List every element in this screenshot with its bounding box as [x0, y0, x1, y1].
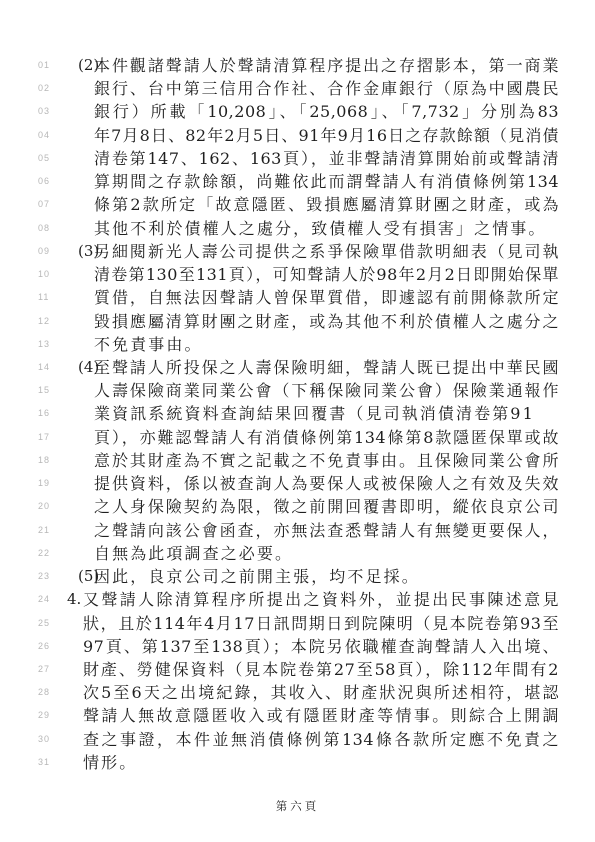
line-number: 08	[38, 217, 50, 240]
text-line: 2697頁、第137至138頁）；本院另依職權查詢聲請人入出境、	[0, 635, 595, 658]
line-text: 查之事證，本件並無消債條例第134條各款所定應不免責之	[83, 728, 559, 751]
line-text: 意於其財產為不實之記載之不免責事由。且保險同業公會所	[94, 449, 559, 472]
text-line: 27財產、勞健保資料（見本院卷第27至58頁），除112年間有2	[0, 658, 595, 681]
line-number: 16	[38, 402, 50, 425]
text-line: 22自無為此項調查之必要。	[0, 542, 595, 565]
line-text: 自無為此項調查之必要。	[94, 542, 559, 565]
line-text: 至聲請人所投保之人壽保險明細，聲請人既已提出中華民國	[94, 356, 559, 379]
text-line: 31情形。	[0, 751, 595, 774]
line-number: 10	[38, 263, 50, 286]
line-text: 頁），亦難認聲請人有消債條例第134條第8款隱匿保單或故	[94, 426, 559, 449]
text-line: 18意於其財產為不實之記載之不免責事由。且保險同業公會所	[0, 449, 595, 472]
line-text: 另細閱新光人壽公司提供之系爭保險單借款明細表（見司執	[94, 240, 559, 263]
line-number: 02	[38, 77, 50, 100]
line-number: 24	[38, 588, 50, 611]
line-text: 人壽保險商業同業公會（下稱保險同業公會）保險業通報作	[94, 379, 559, 402]
line-number: 07	[38, 193, 50, 216]
text-line: 04年7月8日、82年2月5日、91年9月16日之存款餘額（見消債	[0, 124, 595, 147]
document-page: 01(2)本件觀諸聲請人於聲請清算程序提出之存摺影本，第一商業02銀行、台中第三…	[0, 0, 595, 842]
line-text: 聲請人無故意隱匿收入或有隱匿財產等情事。則綜合上開調	[83, 704, 559, 727]
line-text: 97頁、第137至138頁）；本院另依職權查詢聲請人入出境、	[83, 635, 559, 658]
text-line: 06算期間之存款餘額，尚難依此而謂聲請人有消債條例第134	[0, 170, 595, 193]
text-line: 28次5至6天之出境紀錄，其收入、財產狀況與所述相符，堪認	[0, 681, 595, 704]
text-line: 244.又聲請人除清算程序所提出之資料外，並提出民事陳述意見	[0, 588, 595, 611]
line-number: 09	[38, 240, 50, 263]
line-number: 27	[38, 658, 50, 681]
text-line: 12毀損應屬清算財團之財產，或為其他不利於債權人之處分之	[0, 310, 595, 333]
line-number: 28	[38, 681, 50, 704]
line-text: 算期間之存款餘額，尚難依此而謂聲請人有消債條例第134	[94, 170, 559, 193]
line-number: 03	[38, 100, 50, 123]
line-number: 14	[38, 356, 50, 379]
text-line: 15人壽保險商業同業公會（下稱保險同業公會）保險業通報作	[0, 379, 595, 402]
line-text: 清卷第130至131頁），可知聲請人於98年2月2日即開始保單	[94, 263, 559, 286]
text-line: 16業資訊系統資料查詢結果回覆書（見司執消債清卷第91	[0, 402, 595, 425]
line-text: 清卷第147、162、163頁），並非聲請清算開始前或聲請清	[94, 147, 559, 170]
line-number: 13	[38, 333, 50, 356]
line-number: 25	[38, 612, 50, 635]
line-text: 狀，且於114年4月17日訊問期日到院陳明（見本院卷第93至	[83, 612, 559, 635]
line-number: 30	[38, 728, 50, 751]
paragraph-marker: 4.	[67, 588, 81, 611]
line-text: 質借，自無法因聲請人曾保單質借，即遽認有前開條款所定	[94, 286, 559, 309]
line-text: 其他不利於債權人之處分，致債權人受有損害」之情事。	[94, 217, 559, 240]
line-text: 年7月8日、82年2月5日、91年9月16日之存款餘額（見消債	[94, 124, 559, 147]
line-number: 04	[38, 124, 50, 147]
line-number: 20	[38, 495, 50, 518]
text-line: 03銀行）所載「10,208」、「25,068」、「7,732」分別為83	[0, 100, 595, 123]
line-number: 22	[38, 542, 50, 565]
line-number: 12	[38, 310, 50, 333]
line-number: 06	[38, 170, 50, 193]
line-text: 銀行）所載「10,208」、「25,068」、「7,732」分別為83	[94, 100, 559, 123]
text-line: 21之聲請向該公會函查，亦無法查悉聲請人有無變更要保人，	[0, 519, 595, 542]
text-line: 19提供資料，係以被查詢人為要保人或被保險人之有效及失效	[0, 472, 595, 495]
line-number: 18	[38, 449, 50, 472]
text-line: 30查之事證，本件並無消債條例第134條各款所定應不免責之	[0, 728, 595, 751]
line-number: 29	[38, 704, 50, 727]
line-number: 11	[38, 286, 49, 309]
text-line: 20之人身保險契約為限，徵之前開回覆書即明，縱依良京公司	[0, 495, 595, 518]
text-line: 13不免責事由。	[0, 333, 595, 356]
line-text: 條第2款所定「故意隱匿、毀損應屬清算財團之財產，或為	[94, 193, 559, 216]
line-text: 銀行、台中第三信用合作社、合作金庫銀行（原為中國農民	[94, 77, 559, 100]
text-line: 23(5)因此，良京公司之前開主張，均不足採。	[0, 565, 595, 588]
line-text: 之人身保險契約為限，徵之前開回覆書即明，縱依良京公司	[94, 495, 559, 518]
text-line: 05清卷第147、162、163頁），並非聲請清算開始前或聲請清	[0, 147, 595, 170]
line-text: 情形。	[83, 751, 559, 774]
text-line: 17頁），亦難認聲請人有消債條例第134條第8款隱匿保單或故	[0, 426, 595, 449]
text-line: 07條第2款所定「故意隱匿、毀損應屬清算財團之財產，或為	[0, 193, 595, 216]
line-text: 毀損應屬清算財團之財產，或為其他不利於債權人之處分之	[94, 310, 559, 333]
line-text: 本件觀諸聲請人於聲請清算程序提出之存摺影本，第一商業	[94, 54, 559, 77]
line-number: 21	[38, 519, 50, 542]
page-footer: 第六頁	[0, 798, 595, 814]
line-number: 01	[38, 54, 50, 77]
text-line: 08其他不利於債權人之處分，致債權人受有損害」之情事。	[0, 217, 595, 240]
line-text: 業資訊系統資料查詢結果回覆書（見司執消債清卷第91	[94, 402, 559, 425]
line-text: 之聲請向該公會函查，亦無法查悉聲請人有無變更要保人，	[94, 519, 559, 542]
text-line: 09(3)另細閱新光人壽公司提供之系爭保險單借款明細表（見司執	[0, 240, 595, 263]
line-number: 31	[38, 751, 50, 774]
line-number: 26	[38, 635, 50, 658]
line-text: 財產、勞健保資料（見本院卷第27至58頁），除112年間有2	[83, 658, 559, 681]
text-line: 10清卷第130至131頁），可知聲請人於98年2月2日即開始保單	[0, 263, 595, 286]
line-number: 15	[38, 379, 50, 402]
text-line: 11質借，自無法因聲請人曾保單質借，即遽認有前開條款所定	[0, 286, 595, 309]
text-line: 25狀，且於114年4月17日訊問期日到院陳明（見本院卷第93至	[0, 612, 595, 635]
line-text: 又聲請人除清算程序所提出之資料外，並提出民事陳述意見	[83, 588, 559, 611]
text-line: 14(4)至聲請人所投保之人壽保險明細，聲請人既已提出中華民國	[0, 356, 595, 379]
line-number: 19	[38, 472, 50, 495]
line-text: 提供資料，係以被查詢人為要保人或被保險人之有效及失效	[94, 472, 559, 495]
text-line: 02銀行、台中第三信用合作社、合作金庫銀行（原為中國農民	[0, 77, 595, 100]
line-number: 23	[38, 565, 50, 588]
text-line: 01(2)本件觀諸聲請人於聲請清算程序提出之存摺影本，第一商業	[0, 54, 595, 77]
text-line: 29聲請人無故意隱匿收入或有隱匿財產等情事。則綜合上開調	[0, 704, 595, 727]
line-number: 17	[38, 426, 50, 449]
line-text: 不免責事由。	[94, 333, 559, 356]
line-number: 05	[38, 147, 50, 170]
line-text: 因此，良京公司之前開主張，均不足採。	[94, 565, 559, 588]
line-text: 次5至6天之出境紀錄，其收入、財產狀況與所述相符，堪認	[83, 681, 559, 704]
